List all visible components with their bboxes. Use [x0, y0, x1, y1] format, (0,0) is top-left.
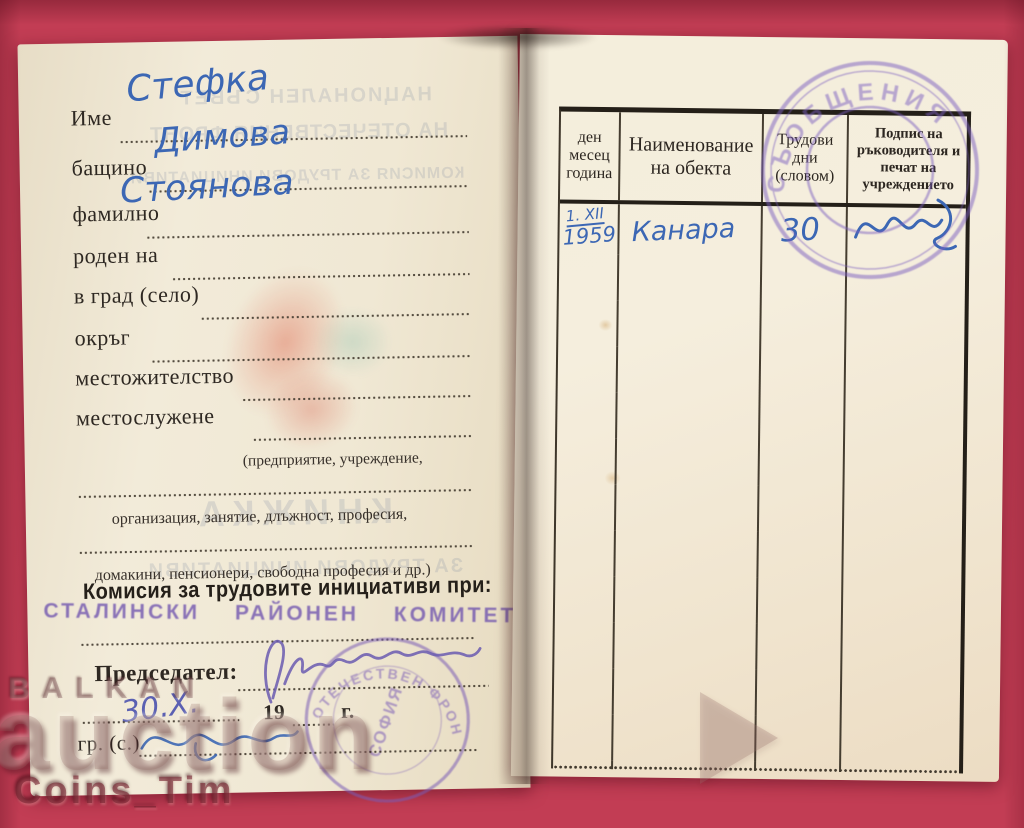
field-label-district: окръг	[74, 324, 130, 351]
cell-object	[618, 300, 762, 348]
cell-signature	[841, 717, 962, 764]
handwritten-entry-object: Канара	[631, 213, 736, 248]
header-cell-date: ден месец година	[560, 112, 621, 201]
city-label: гр. (с.)	[77, 730, 140, 756]
table-row-empty	[557, 437, 964, 488]
city-signature-scribble	[133, 712, 304, 770]
cell-object	[615, 530, 759, 578]
cell-date	[558, 299, 619, 346]
cell-object	[618, 346, 762, 394]
cell-date	[555, 529, 616, 576]
table-row-empty	[554, 667, 961, 718]
cell-days	[761, 348, 847, 395]
cell-date	[553, 713, 614, 760]
chairman-label: Председател:	[94, 659, 238, 687]
cell-object	[617, 392, 761, 440]
field-label-residence: местожителство	[75, 363, 234, 392]
cell-days	[758, 532, 844, 579]
field-label-first-name: Име	[71, 105, 113, 132]
spine-fold-shadow	[438, 24, 598, 50]
table-row-empty	[555, 529, 962, 580]
cell-signature	[843, 533, 964, 580]
field-label-born-on: роден на	[73, 242, 159, 269]
cell-signature	[844, 441, 965, 488]
cell-signature	[842, 671, 963, 718]
cell-object	[613, 714, 757, 762]
cell-date	[554, 621, 615, 668]
cell-date	[556, 483, 617, 530]
cell-date	[557, 437, 618, 484]
cell-object	[614, 622, 758, 670]
cell-date	[554, 667, 615, 714]
cell-days	[757, 624, 843, 671]
cell-object	[613, 760, 756, 773]
cell-signature	[841, 763, 961, 773]
table-row-empty	[553, 713, 960, 764]
cell-days	[760, 394, 846, 441]
year-suffix: г.	[341, 699, 355, 724]
dotted-line	[146, 231, 469, 240]
left-page: НАЦИОНАЛЕН СЪВЕТ НА ОТЕЧЕСТВЕНИЯ ФРОНТ К…	[17, 36, 530, 797]
field-label-workplace: местослужене	[76, 403, 215, 431]
table-row-empty	[558, 345, 965, 396]
cell-signature	[843, 579, 964, 626]
cell-signature	[842, 625, 963, 672]
cell-days	[758, 578, 844, 625]
booklet-spine-shadow	[498, 28, 550, 784]
dotted-line	[78, 545, 474, 555]
cell-date: 1. XII 1959	[559, 204, 620, 255]
cell-object	[614, 668, 758, 716]
cell-date	[553, 759, 613, 773]
cell-date	[555, 575, 616, 622]
cell-days	[759, 440, 845, 487]
cell-signature	[845, 395, 966, 442]
field-label-city-village: в град (село)	[74, 281, 200, 309]
cell-date	[559, 253, 620, 300]
cell-days	[756, 716, 842, 763]
cell-object	[617, 438, 761, 486]
cell-signature	[846, 303, 967, 350]
cell-date	[558, 345, 619, 392]
handwritten-entry-year: 1959	[562, 222, 617, 250]
cell-object	[619, 254, 763, 302]
hint-enterprise: (предприятие, учреждение,	[243, 449, 423, 470]
handwritten-patronymic: Димова	[153, 112, 291, 161]
cell-signature	[846, 349, 967, 396]
table-row-empty	[557, 391, 964, 442]
cell-object	[616, 484, 760, 532]
cell-days	[756, 762, 841, 774]
cell-signature	[844, 487, 965, 534]
cell-object: Канара	[619, 204, 763, 256]
cell-date	[557, 391, 618, 438]
cell-days	[757, 670, 843, 717]
handwritten-family-name: Стоянова	[119, 163, 295, 212]
table-row-empty	[558, 299, 965, 350]
cell-days	[759, 486, 845, 533]
table-row-empty	[556, 483, 963, 534]
photo-background: НАЦИОНАЛЕН СЪВЕТ НА ОТЕЧЕСТВЕНИЯ ФРОНТ К…	[0, 0, 1024, 828]
table-row-empty	[554, 621, 961, 672]
table-row-empty	[555, 575, 962, 626]
cell-object	[615, 576, 759, 624]
